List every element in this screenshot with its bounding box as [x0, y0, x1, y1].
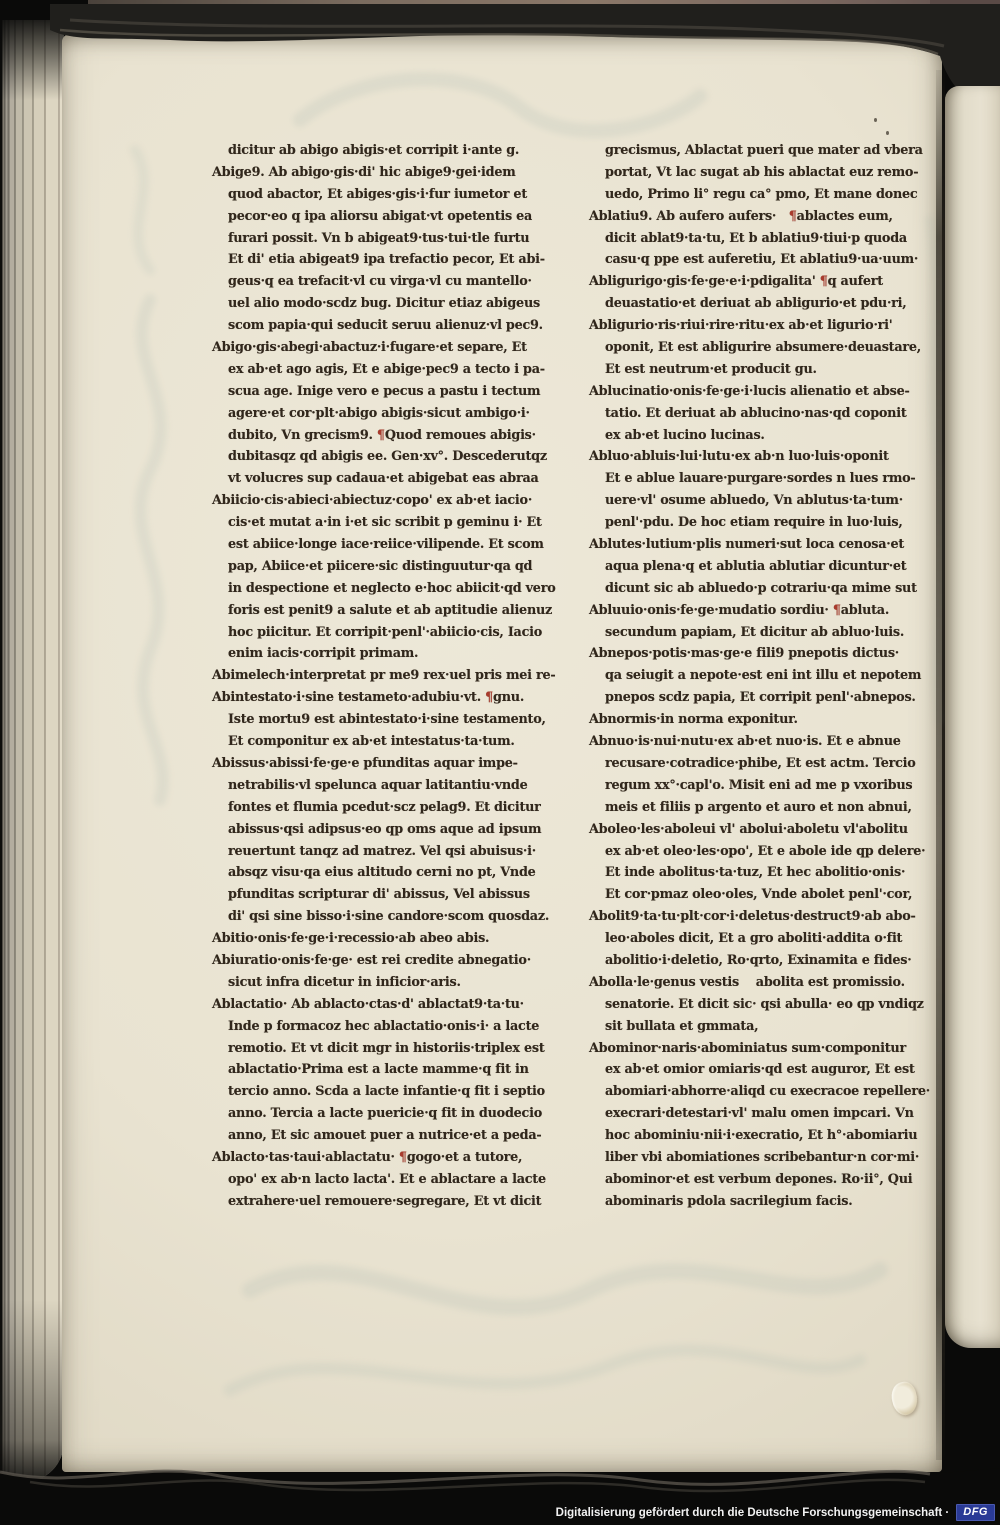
text-line: furari possit. Vn b abigeat9·tus·tui·tle… [212, 228, 558, 250]
text-line: Et componitur ex ab·et intestatus·ta·tum… [212, 731, 558, 753]
text-line: ablactatio·Prima est a lacte mamme·q fit… [212, 1059, 558, 1081]
entry-headword-line: Abimelech·interpretat pr me9 rex·uel pri… [212, 665, 558, 687]
text-line: Iste mortu9 est abintestato·i·sine testa… [212, 709, 558, 731]
text-line: ex ab·et ago agis, Et e abige·pec9 a tec… [212, 359, 558, 381]
entry-headword-line: Abligurio·ris·riui·rire·ritu·ex ab·et li… [589, 315, 935, 337]
text-line: liber vbi abomiationes scribebantur·n co… [589, 1147, 935, 1169]
text-line: grecismus, Ablactat pueri que mater ad v… [589, 140, 935, 162]
entry-headword-line: Abiicio·cis·abieci·abiectuz·copo' ex ab·… [212, 490, 558, 512]
text-line: cis·et mutat a·in i·et sic scribit p gem… [212, 512, 558, 534]
ink-speck [886, 131, 889, 135]
text-line: hoc piicitur. Et corripit·penl'·abiicio·… [212, 622, 558, 644]
text-line: qa seiugit a nepote·est eni int illu et … [589, 665, 935, 687]
text-line: uel alio modo·scdz bug. Dicitur etiaz ab… [212, 293, 558, 315]
text-line: pfunditas scripturar di' abissus, Vel ab… [212, 884, 558, 906]
entry-headword-line: Abluo·abluis·lui·lutu·ex ab·n luo·luis·o… [589, 446, 935, 468]
text-line: ex ab·et lucino lucinas. [589, 425, 935, 447]
text-line: agere·et cor·plt·abigo abigis·sicut ambi… [212, 403, 558, 425]
left-page-edges [0, 20, 64, 1482]
rubric-pilcrow: ¶ [833, 603, 841, 618]
text-line: quod abactor, Et abiges·gis·i·fur iumeto… [212, 184, 558, 206]
text-line: dicunt sic ab abluedo·p cotrariu·qa mime… [589, 578, 935, 600]
text-line: tatio. Et deriuat ab ablucino·nas·qd cop… [589, 403, 935, 425]
entry-headword-line: Abige9. Ab abigo·gis·di' hic abige9·gei·… [212, 162, 558, 184]
text-line: recusare·cotradice·phibe, Et est actm. T… [589, 753, 935, 775]
book-spine-top [88, 0, 1000, 9]
text-line: di' qsi sine bisso·i·sine candore·scom q… [212, 906, 558, 928]
text-line: uere·vl' osume abluedo, Vn ablutus·ta·tu… [589, 490, 935, 512]
text-line: abominaris pdola sacrilegium facis. [589, 1191, 935, 1213]
text-line: Et cor·pmaz oleo·oles, Vnde abolet penl'… [589, 884, 935, 906]
entry-headword-line: Abominor·naris·abominiatus sum·componitu… [589, 1038, 935, 1060]
text-line: tercio anno. Scda a lacte infantie·q fit… [212, 1081, 558, 1103]
text-line: remotio. Et vt dicit mgr in historiis·tr… [212, 1038, 558, 1060]
entry-headword-line: Ablactatio· Ab ablacto·ctas·d' ablactat9… [212, 994, 558, 1016]
text-line: portat, Vt lac sugat ab his ablactat euz… [589, 162, 935, 184]
dfg-credit-text: Digitalisierung gefördert durch die Deut… [556, 1507, 950, 1519]
text-line: anno. Tercia a lacte puericie·q fit in d… [212, 1103, 558, 1125]
text-line: execrari·detestari·vl' malu omen impcari… [589, 1103, 935, 1125]
text-line: Et e ablue lauare·purgare·sordes n lues … [589, 468, 935, 490]
book-photo: dicitur ab abigo abigis·et corripit i·an… [0, 0, 1000, 1525]
text-line: abominor·et est verbum depones. Ro·ii°, … [589, 1169, 935, 1191]
entry-headword-line: Abnuo·is·nui·nutu·ex ab·et nuo·is. Et e … [589, 731, 935, 753]
text-line: dicit ablat9·ta·tu, Et b ablatiu9·tiui·p… [589, 228, 935, 250]
text-line: Et est neutrum·et producit gu. [589, 359, 935, 381]
text-line: sicut infra dicetur in inficior·aris. [212, 972, 558, 994]
entry-headword-line: Abiuratio·onis·fe·ge· est rei credite ab… [212, 950, 558, 972]
text-line: deuastatio·et deriuat ab abligurio·et pd… [589, 293, 935, 315]
text-line: abolitio·i·deletio, Ro·qrto, Exinamita e… [589, 950, 935, 972]
entry-headword-line: Ablutes·lutium·plis numeri·sut loca ceno… [589, 534, 935, 556]
text-line: dubito, Vn grecism9. ¶Quod remoues abigi… [212, 425, 558, 447]
text-line: dubitasqz qd abigis ee. Gen·xv°. Descede… [212, 446, 558, 468]
text-line: scua age. Inige vero e pecus a pastu i t… [212, 381, 558, 403]
text-line: abomiari·abhorre·aliqd cu execracoe repe… [589, 1081, 935, 1103]
entry-headword-line: Abitio·onis·fe·ge·i·recessio·ab abeo abi… [212, 928, 558, 950]
text-line: secundum papiam, Et dicitur ab abluo·lui… [589, 622, 935, 644]
text-line: vt volucres sup cadaua·et abigebat eas a… [212, 468, 558, 490]
entry-headword-line: Ablacto·tas·taui·ablactatu· ¶gogo·et a t… [212, 1147, 558, 1169]
text-line: reuertunt tanqz ad matrez. Vel qsi abuis… [212, 841, 558, 863]
text-line: leo·aboles dicit, Et a gro aboliti·addit… [589, 928, 935, 950]
text-line: oponit, Et est abligurire absumere·deuas… [589, 337, 935, 359]
entry-headword-line: Abissus·abissi·fe·ge·e pfunditas aquar i… [212, 753, 558, 775]
text-column-right: grecismus, Ablactat pueri que mater ad v… [589, 140, 935, 1213]
text-line: in despectione et neglecto e·hoc abiicit… [212, 578, 558, 600]
text-line: regum xx°·capl'o. Misit eni ad me p vxor… [589, 775, 935, 797]
entry-headword-line: Abigo·gis·abegi·abactuz·i·fugare·et sepa… [212, 337, 558, 359]
text-line: foris est penit9 a salute et ab aptitudi… [212, 600, 558, 622]
rubric-pilcrow: ¶ [820, 274, 828, 289]
text-line: penl'·pdu. De hoc etiam require in luo·l… [589, 512, 935, 534]
entry-headword-line: Ablucinatio·onis·fe·ge·i·lucis alienatio… [589, 381, 935, 403]
text-line: netrabilis·vl spelunca aquar latitantiu·… [212, 775, 558, 797]
text-line: aqua plena·q et ablutia ablutiar dicuntu… [589, 556, 935, 578]
entry-headword-line: Abluuio·onis·fe·ge·mudatio sordiu· ¶ablu… [589, 600, 935, 622]
text-line: sit bullata et gmmata, [589, 1016, 935, 1038]
ink-speck [874, 118, 877, 122]
text-line: enim iacis·corripit primam. [212, 643, 558, 665]
gutter-crease [936, 70, 945, 1460]
rubric-pilcrow: ¶ [485, 690, 493, 705]
text-line: pap, Abiice·et piicere·sic distinguutur·… [212, 556, 558, 578]
text-line: ex ab·et oleo·les·opo', Et e abole ide q… [589, 841, 935, 863]
text-line: dicitur ab abigo abigis·et corripit i·an… [212, 140, 558, 162]
entry-headword-line: Abolit9·ta·tu·plt·cor·i·deletus·destruct… [589, 906, 935, 928]
text-line: fontes et flumia pcedut·scz pelag9. Et d… [212, 797, 558, 819]
text-line: abissus·qsi adipsus·eo qp oms aque ad ip… [212, 819, 558, 841]
text-line: casu·q ppe est auferetiu, Et ablatiu9·ua… [589, 249, 935, 271]
text-line: Et inde abolitus·ta·tuz, Et hec abolitio… [589, 862, 935, 884]
entry-headword-line: Aboleo·les·aboleui vl' abolui·aboletu vl… [589, 819, 935, 841]
text-line: uedo, Primo li° regu ca° pmo, Et mane do… [589, 184, 935, 206]
text-line: absqz visu·qa eius altitudo cerni no pt,… [212, 862, 558, 884]
dfg-credit: Digitalisierung gefördert durch die Deut… [556, 1504, 995, 1521]
text-line: meis et filiis p argento et auro et non … [589, 797, 935, 819]
text-line: extrahere·uel remouere·segregare, Et vt … [212, 1191, 558, 1213]
rubric-pilcrow: ¶ [789, 209, 797, 224]
rubric-pilcrow: ¶ [399, 1150, 407, 1165]
text-line: pnepos scdz papia, Et corripit penl'·abn… [589, 687, 935, 709]
text-line: Inde p formacoz hec ablactatio·onis·i· a… [212, 1016, 558, 1038]
entry-headword-line: Ablatiu9. Ab aufero aufers· ¶ablactes eu… [589, 206, 935, 228]
entry-headword-line: Abligurigo·gis·fe·ge·e·i·pdigalita' ¶q a… [589, 271, 935, 293]
text-line: ex ab·et omior omiaris·qd est auguror, E… [589, 1059, 935, 1081]
entry-headword-line: Abnormis·in norma exponitur. [589, 709, 935, 731]
rubric-pilcrow: ¶ [377, 428, 385, 443]
text-line: opo' ex ab·n lacto lacta'. Et e ablactar… [212, 1169, 558, 1191]
text-line: senatorie. Et dicit sic· qsi abulla· eo … [589, 994, 935, 1016]
text-column-left: dicitur ab abigo abigis·et corripit i·an… [212, 140, 558, 1213]
text-line: anno, Et sic amouet puer a nutrice·et a … [212, 1125, 558, 1147]
entry-headword-line: Abintestato·i·sine testameto·adubiu·vt. … [212, 687, 558, 709]
adjacent-page-edge [945, 86, 1000, 1348]
text-line: Et di' etia abigeat9 ipa trefactio pecor… [212, 249, 558, 271]
text-line: est abiice·longe iace·reiice·vilipende. … [212, 534, 558, 556]
text-line: scom papia·qui seducit seruu alienuz·vl … [212, 315, 558, 337]
dfg-logo: DFG [956, 1504, 995, 1521]
text-line: geus·q ea trefacit·vl cu virga·vl cu man… [212, 271, 558, 293]
text-line: hoc abominiu·nii·i·execratio, Et h°·abom… [589, 1125, 935, 1147]
entry-headword-line: Abolla·le·genus vestis abolita est promi… [589, 972, 935, 994]
entry-headword-line: Abnepos·potis·mas·ge·e fili9 pnepotis di… [589, 643, 935, 665]
text-line: pecor·eo q ipa aliorsu abigat·vt opetent… [212, 206, 558, 228]
